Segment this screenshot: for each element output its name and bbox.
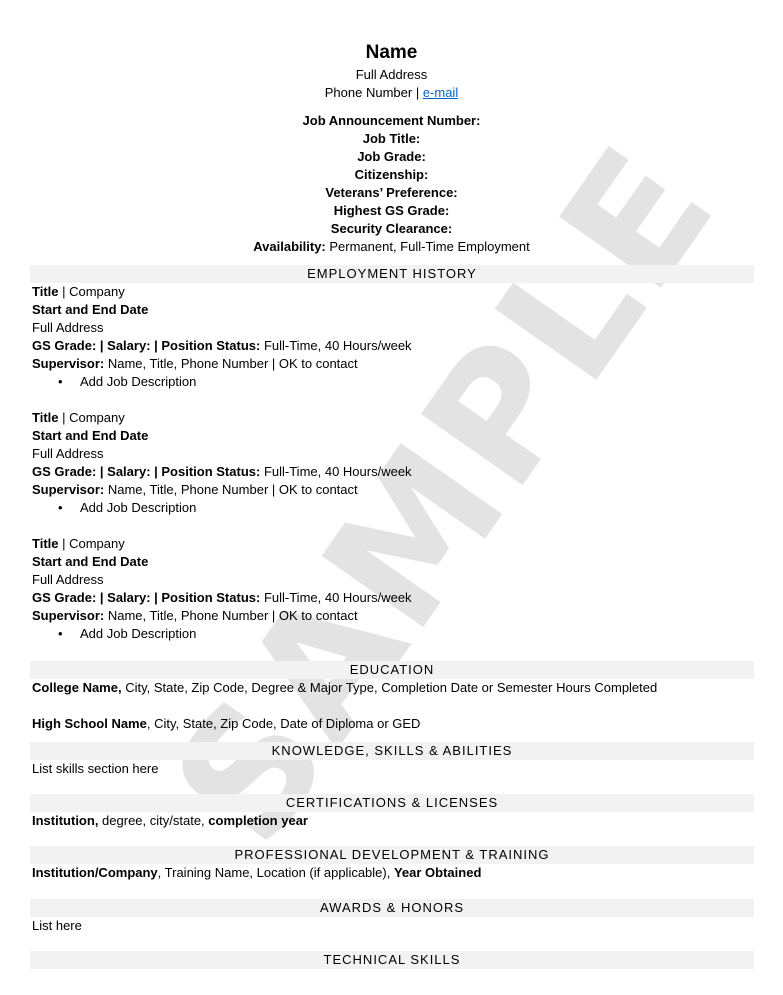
bullet-icon: •: [58, 499, 63, 517]
job-grade-salary-status: GS Grade: | Salary: | Position Status: F…: [32, 337, 412, 355]
availability-value: Permanent, Full-Time Employment: [326, 239, 530, 254]
job-title-company: Title | Company: [32, 409, 125, 427]
section-employment-history: EMPLOYMENT HISTORY: [30, 265, 754, 283]
job-grade-salary-status: GS Grade: | Salary: | Position Status: F…: [32, 463, 412, 481]
education-high-school: High School Name, City, State, Zip Code,…: [32, 715, 420, 733]
job-dates: Start and End Date: [32, 427, 148, 445]
job-title-company: Title | Company: [32, 283, 125, 301]
certifications-text: Institution, degree, city/state, complet…: [32, 812, 308, 830]
field-security-clearance: Security Clearance:: [0, 220, 783, 238]
bullet-icon: •: [58, 625, 63, 643]
field-citizenship: Citizenship:: [0, 166, 783, 184]
education-college: College Name, City, State, Zip Code, Deg…: [32, 679, 657, 697]
bullet-icon: •: [58, 373, 63, 391]
job-description: Add Job Description: [80, 625, 196, 643]
job-dates: Start and End Date: [32, 553, 148, 571]
section-education: EDUCATION: [30, 661, 754, 679]
section-training: PROFESSIONAL DEVELOPMENT & TRAINING: [30, 846, 754, 864]
field-availability: Availability: Permanent, Full-Time Emplo…: [0, 238, 783, 256]
job-address: Full Address: [32, 319, 104, 337]
section-certifications: CERTIFICATIONS & LICENSES: [30, 794, 754, 812]
job-grade-salary-status: GS Grade: | Salary: | Position Status: F…: [32, 589, 412, 607]
contact-line: Phone Number | e-mail: [0, 84, 783, 102]
job-description: Add Job Description: [80, 499, 196, 517]
field-veterans-preference: Veterans’ Preference:: [0, 184, 783, 202]
field-job-grade: Job Grade:: [0, 148, 783, 166]
job-supervisor: Supervisor: Name, Title, Phone Number | …: [32, 481, 358, 499]
field-job-title: Job Title:: [0, 130, 783, 148]
job-title-company: Title | Company: [32, 535, 125, 553]
ksa-text: List skills section here: [32, 760, 158, 778]
job-dates: Start and End Date: [32, 301, 148, 319]
job-supervisor: Supervisor: Name, Title, Phone Number | …: [32, 355, 358, 373]
field-job-announcement: Job Announcement Number:: [0, 112, 783, 130]
availability-label: Availability:: [253, 239, 325, 254]
job-address: Full Address: [32, 445, 104, 463]
job-description: Add Job Description: [80, 373, 196, 391]
sample-watermark: SAMPLE: [135, 240, 664, 878]
phone-number: Phone Number |: [325, 85, 423, 100]
job-supervisor: Supervisor: Name, Title, Phone Number | …: [32, 607, 358, 625]
awards-text: List here: [32, 917, 82, 935]
section-ksa: KNOWLEDGE, SKILLS & ABILITIES: [30, 742, 754, 760]
applicant-address: Full Address: [0, 66, 783, 84]
applicant-name: Name: [0, 42, 783, 64]
email-link[interactable]: e-mail: [423, 85, 458, 100]
section-technical-skills: TECHNICAL SKILLS: [30, 951, 754, 969]
section-awards: AWARDS & HONORS: [30, 899, 754, 917]
field-highest-gs-grade: Highest GS Grade:: [0, 202, 783, 220]
job-address: Full Address: [32, 571, 104, 589]
training-text: Institution/Company, Training Name, Loca…: [32, 864, 481, 882]
